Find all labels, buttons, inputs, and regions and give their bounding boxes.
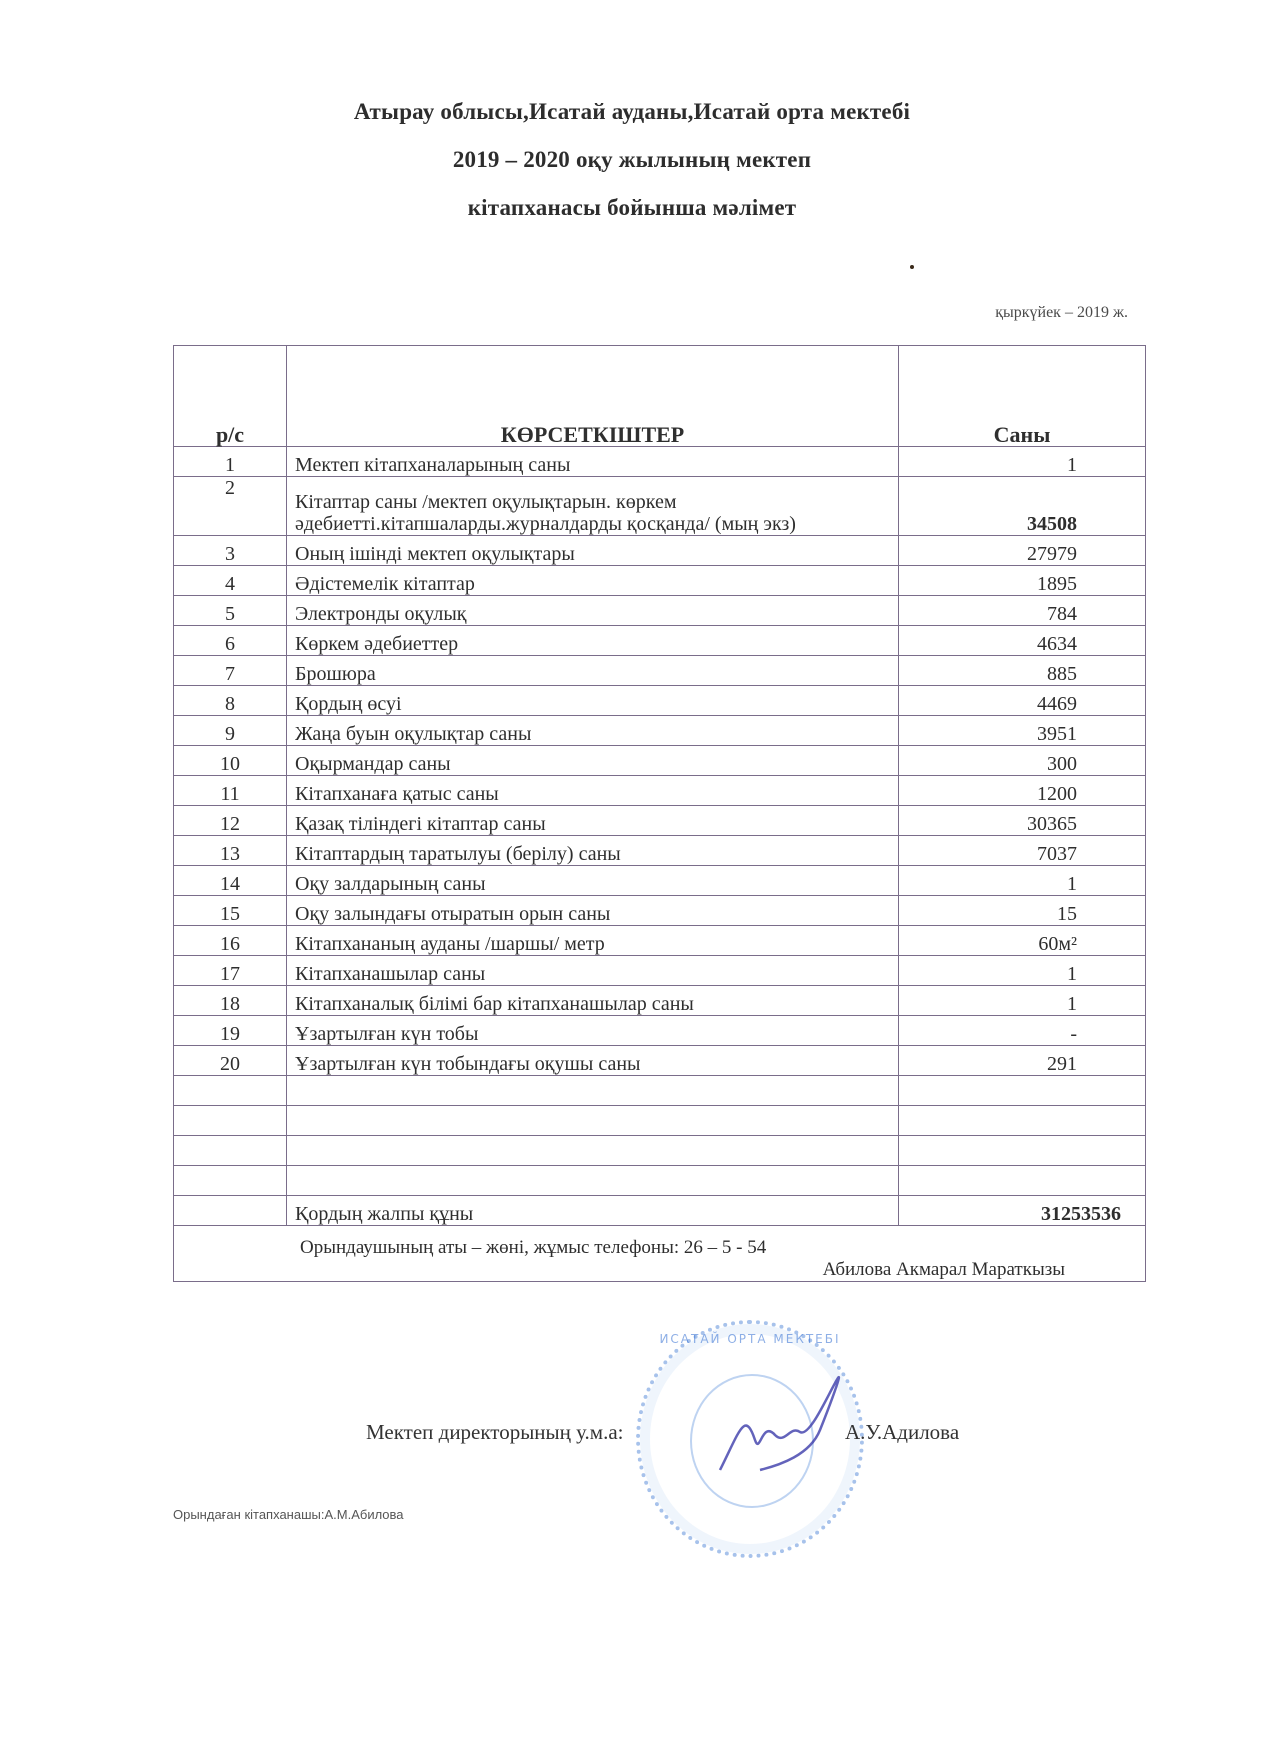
librarian-line: Орындаған кітапханашы:А.М.Абилова: [173, 1507, 404, 1522]
row-label: Электронды оқулық: [287, 596, 899, 626]
header-indicators: КӨРСЕТКІШТЕР: [287, 346, 899, 447]
table-row: 20Ұзартылған күн тобындағы оқушы саны291: [174, 1046, 1146, 1076]
table-row: 6Көркем әдебиеттер4634: [174, 626, 1146, 656]
row-number: 6: [174, 626, 287, 656]
row-label: Ұзартылған күн тобындағы оқушы саны: [287, 1046, 899, 1076]
row-label: Оқу залдарының саны: [287, 866, 899, 896]
row-label: Көркем әдебиеттер: [287, 626, 899, 656]
row-label: Кітапханашылар саны: [287, 956, 899, 986]
row-value: 1: [899, 956, 1146, 986]
table-row: 11Кітапханаға қатыс саны1200: [174, 776, 1146, 806]
total-value: 31253536: [899, 1196, 1146, 1226]
table-header-row: р/с КӨРСЕТКІШТЕР Саны: [174, 346, 1146, 447]
row-number: 8: [174, 686, 287, 716]
row-label: Оның ішінді мектеп оқулықтары: [287, 536, 899, 566]
row-number: 12: [174, 806, 287, 836]
row-label: Кітаптардың таратылуы (берілу) саны: [287, 836, 899, 866]
row-label: Мектеп кітапханаларының саны: [287, 447, 899, 477]
stamp-text: ИСАТАЙ ОРТА МЕКТЕБІ: [640, 1332, 860, 1346]
row-value: 784: [899, 596, 1146, 626]
row-number: 5: [174, 596, 287, 626]
table-row: 14Оқу залдарының саны1: [174, 866, 1146, 896]
row-value: 885: [899, 656, 1146, 686]
row-value: 4469: [899, 686, 1146, 716]
row-label: Әдістемелік кітаптар: [287, 566, 899, 596]
row-number: 15: [174, 896, 287, 926]
row-value: 1: [899, 866, 1146, 896]
table-row: 1Мектеп кітапханаларының саны1: [174, 447, 1146, 477]
table-row: 17Кітапханашылар саны1: [174, 956, 1146, 986]
row-label: Кітапханаға қатыс саны: [287, 776, 899, 806]
table-row: 2Кітаптар саны /мектеп оқулықтарын. көрк…: [174, 477, 1146, 536]
table-row: 12Қазақ тіліндегі кітаптар саны30365: [174, 806, 1146, 836]
row-label: Оқу залындағы отыратын орын саны: [287, 896, 899, 926]
executor-line: Орындаушының аты – жөні, жұмыс телефоны:…: [182, 1237, 1137, 1259]
row-value: 1895: [899, 566, 1146, 596]
row-label: Оқырмандар саны: [287, 746, 899, 776]
total-row: Қордың жалпы құны 31253536: [174, 1196, 1146, 1226]
row-value: 15: [899, 896, 1146, 926]
row-label: Жаңа буын оқулықтар саны: [287, 716, 899, 746]
row-value: -: [899, 1016, 1146, 1046]
empty-row: [174, 1106, 1146, 1136]
table-row: 10Оқырмандар саны300: [174, 746, 1146, 776]
row-value: 30365: [899, 806, 1146, 836]
table-row: 9Жаңа буын оқулықтар саны3951: [174, 716, 1146, 746]
row-label: Кітапхананың ауданы /шаршы/ метр: [287, 926, 899, 956]
table-footer-row: Орындаушының аты – жөні, жұмыс телефоны:…: [174, 1226, 1146, 1282]
row-value: 3951: [899, 716, 1146, 746]
table-row: 18Кітапханалық білімі бар кітапханашылар…: [174, 986, 1146, 1016]
executor-name: Абилова Акмарал Мараткызы: [182, 1259, 1137, 1281]
empty-row: [174, 1136, 1146, 1166]
table-row: 5Электронды оқулық784: [174, 596, 1146, 626]
director-signature-label: Мектеп директорының у.м.а:: [366, 1420, 624, 1445]
row-number: 3: [174, 536, 287, 566]
table-row: 8Қордың өсуі4469: [174, 686, 1146, 716]
row-number: 14: [174, 866, 287, 896]
empty-row: [174, 1076, 1146, 1106]
row-label: Кітаптар саны /мектеп оқулықтарын. көрке…: [287, 477, 899, 536]
row-number: 20: [174, 1046, 287, 1076]
report-date: қыркүйек – 2019 ж.: [995, 304, 1128, 322]
table-row: 16Кітапхананың ауданы /шаршы/ метр60м²: [174, 926, 1146, 956]
director-name: А.У.Адилова: [845, 1420, 959, 1445]
title-line-3: кітапханасы бойынша мәлімет: [0, 196, 1264, 220]
row-value: 1: [899, 447, 1146, 477]
row-label: Брошюра: [287, 656, 899, 686]
table-row: 7Брошюра885: [174, 656, 1146, 686]
total-label: Қордың жалпы құны: [287, 1196, 899, 1226]
row-value: 1200: [899, 776, 1146, 806]
row-label: Кітапханалық білімі бар кітапханашылар с…: [287, 986, 899, 1016]
row-number: 7: [174, 656, 287, 686]
row-number: 17: [174, 956, 287, 986]
row-value: 34508: [899, 477, 1146, 536]
table-row: 19Ұзартылған күн тобы-: [174, 1016, 1146, 1046]
row-value: 291: [899, 1046, 1146, 1076]
row-number: 4: [174, 566, 287, 596]
signature-icon: [700, 1370, 850, 1480]
row-number: 2: [174, 477, 287, 536]
row-label: Қордың өсуі: [287, 686, 899, 716]
table-row: 3Оның ішінді мектеп оқулықтары27979: [174, 536, 1146, 566]
table-row: 15Оқу залындағы отыратын орын саны15: [174, 896, 1146, 926]
row-number: 16: [174, 926, 287, 956]
document-title: Атырау облысы,Исатай ауданы,Исатай орта …: [0, 100, 1264, 244]
row-number: 13: [174, 836, 287, 866]
table-row: 4Әдістемелік кітаптар1895: [174, 566, 1146, 596]
row-number: 18: [174, 986, 287, 1016]
header-count: Саны: [899, 346, 1146, 447]
row-number: 11: [174, 776, 287, 806]
title-line-2: 2019 – 2020 оқу жылының мектеп: [0, 148, 1264, 172]
library-report-table: р/с КӨРСЕТКІШТЕР Саны 1Мектеп кітапханал…: [173, 345, 1146, 1282]
row-label: Қазақ тіліндегі кітаптар саны: [287, 806, 899, 836]
row-value: 27979: [899, 536, 1146, 566]
scan-speck: [910, 265, 914, 269]
row-value: 60м²: [899, 926, 1146, 956]
row-number: 19: [174, 1016, 287, 1046]
row-value: 7037: [899, 836, 1146, 866]
row-label: Ұзартылған күн тобы: [287, 1016, 899, 1046]
row-value: 1: [899, 986, 1146, 1016]
header-number: р/с: [174, 346, 287, 447]
row-number: 1: [174, 447, 287, 477]
row-value: 4634: [899, 626, 1146, 656]
title-line-1: Атырау облысы,Исатай ауданы,Исатай орта …: [0, 100, 1264, 124]
table-row: 13Кітаптардың таратылуы (берілу) саны703…: [174, 836, 1146, 866]
row-number: 10: [174, 746, 287, 776]
row-number: 9: [174, 716, 287, 746]
row-value: 300: [899, 746, 1146, 776]
empty-row: [174, 1166, 1146, 1196]
